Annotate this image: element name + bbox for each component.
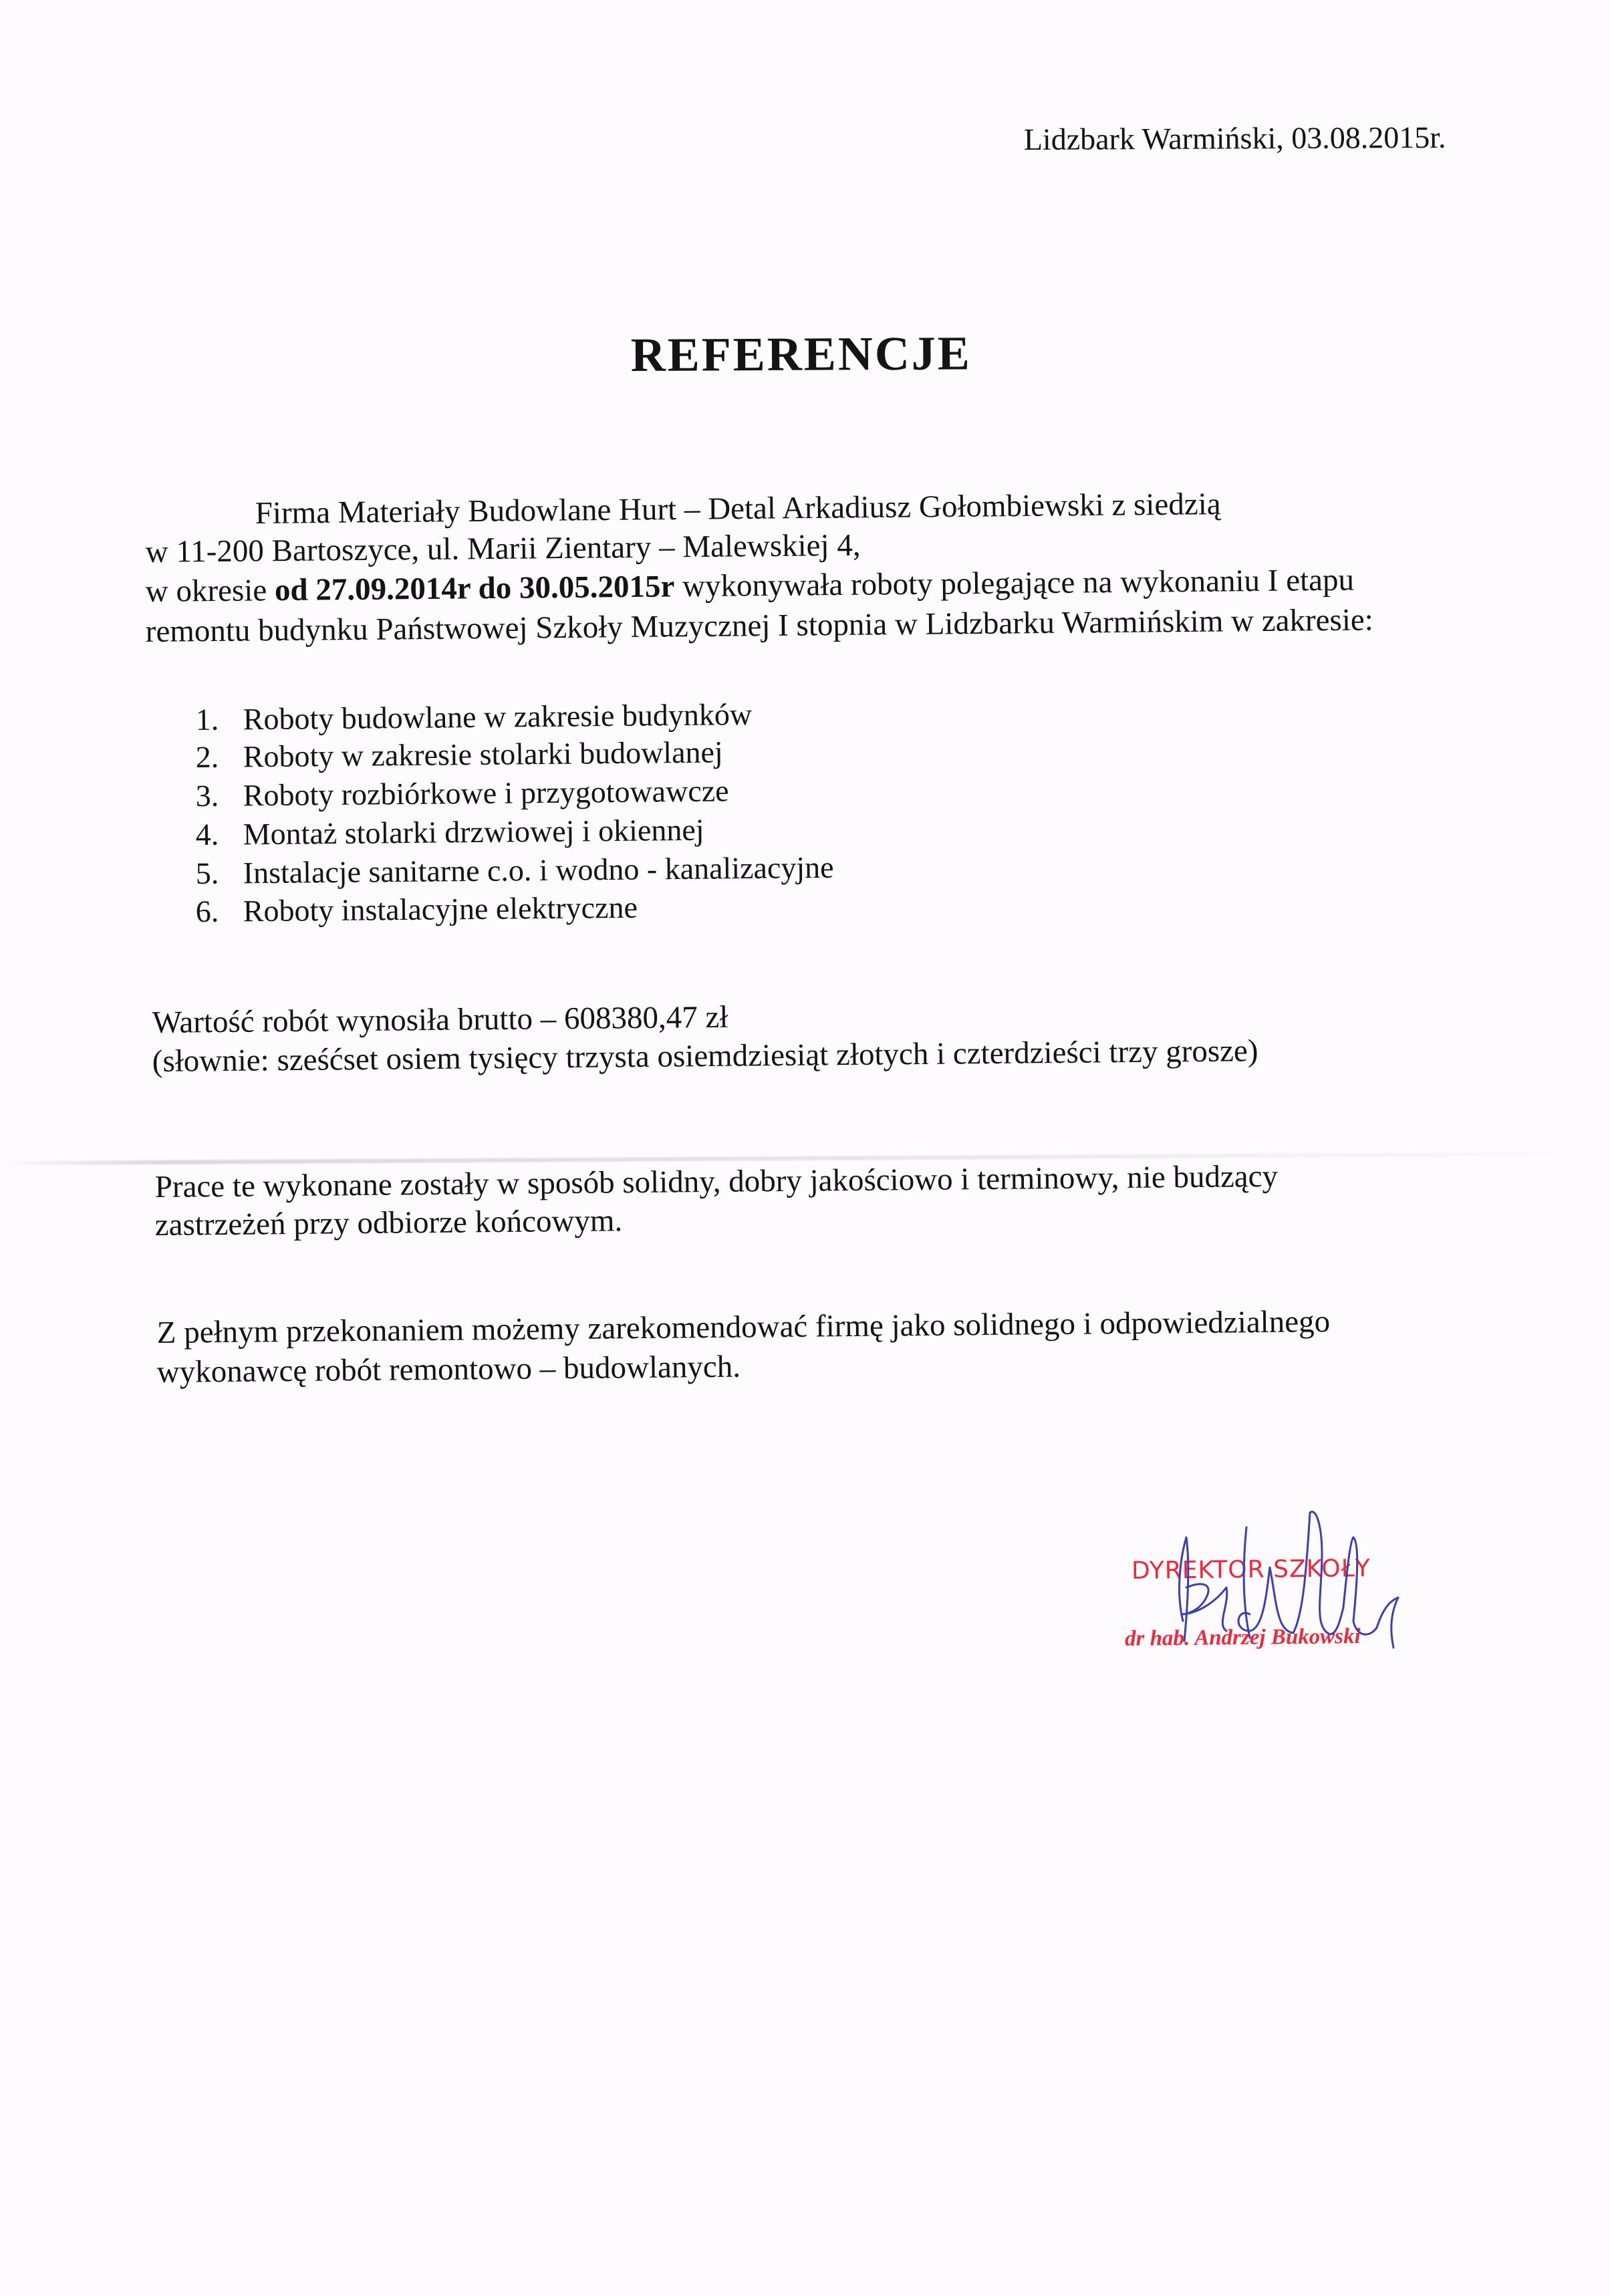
list-item-number: 2.	[195, 739, 243, 775]
intro-line-2: w 11-200 Bartoszyce, ul. Marii Zientary …	[146, 530, 861, 568]
recommendation-line-1: Z pełnym przekonaniem możemy zarekomendo…	[157, 1306, 1331, 1349]
place-date: Lidzbark Warmiński, 03.08.2015r.	[1024, 122, 1446, 155]
list-item-text: Roboty w zakresie stolarki budowlanej	[243, 735, 722, 773]
list-item-text: Roboty instalacyjne elektryczne	[243, 890, 638, 928]
list-item-text: Roboty rozbiórkowe i przygotowawcze	[243, 773, 728, 812]
list-item-text: Roboty budowlane w zakresie budynków	[243, 697, 752, 736]
intro-line-3: w okresie od 27.09.2014r do 30.05.2015r …	[146, 565, 1355, 608]
list-item-number: 4.	[195, 816, 243, 852]
signature-icon	[1150, 1487, 1430, 1661]
list-item-number: 3.	[195, 777, 243, 813]
document-title: REFERENCJE	[631, 326, 972, 383]
value-amount: Wartość robót wynosiła brutto – 608380,4…	[152, 1002, 728, 1039]
intro-period-suffix: wykonywała roboty polegające na wykonani…	[674, 563, 1354, 604]
intro-period-dates: od 27.09.2014r do 30.05.2015r	[275, 569, 675, 608]
list-item-text: Instalacje sanitarne c.o. i wodno - kana…	[243, 850, 833, 890]
recommendation-line-2: wykonawcę robót remontowo – budowlanych.	[157, 1352, 741, 1388]
intro-period-prefix: w okresie	[146, 573, 275, 609]
list-item-number: 1.	[195, 701, 243, 737]
intro-line-4: remontu budynku Państwowej Szkoły Muzycz…	[146, 604, 1373, 648]
list-item: 5.Instalacje sanitarne c.o. i wodno - ka…	[195, 850, 833, 891]
value-in-words: (słownie: sześćset osiem tysięcy trzysta…	[152, 1035, 1258, 1077]
list-item: 3.Roboty rozbiórkowe i przygotowawcze	[195, 773, 728, 813]
list-item-number: 6.	[195, 893, 243, 929]
list-item-number: 5.	[195, 855, 243, 891]
list-item: 1.Roboty budowlane w zakresie budynków	[195, 696, 752, 737]
list-item: 2.Roboty w zakresie stolarki budowlanej	[195, 734, 722, 775]
list-item: 6.Roboty instalacyjne elektryczne	[195, 890, 638, 929]
list-item-text: Montaż stolarki drzwiowej i okiennej	[243, 813, 704, 852]
quality-line-1: Prace te wykonane zostały w sposób solid…	[155, 1161, 1279, 1203]
quality-line-2: zastrzeżeń przy odbiorze końcowym.	[155, 1205, 623, 1241]
intro-line-1: Firma Materiały Budowlane Hurt – Detal A…	[255, 489, 1221, 529]
list-item: 4.Montaż stolarki drzwiowej i okiennej	[195, 812, 704, 852]
